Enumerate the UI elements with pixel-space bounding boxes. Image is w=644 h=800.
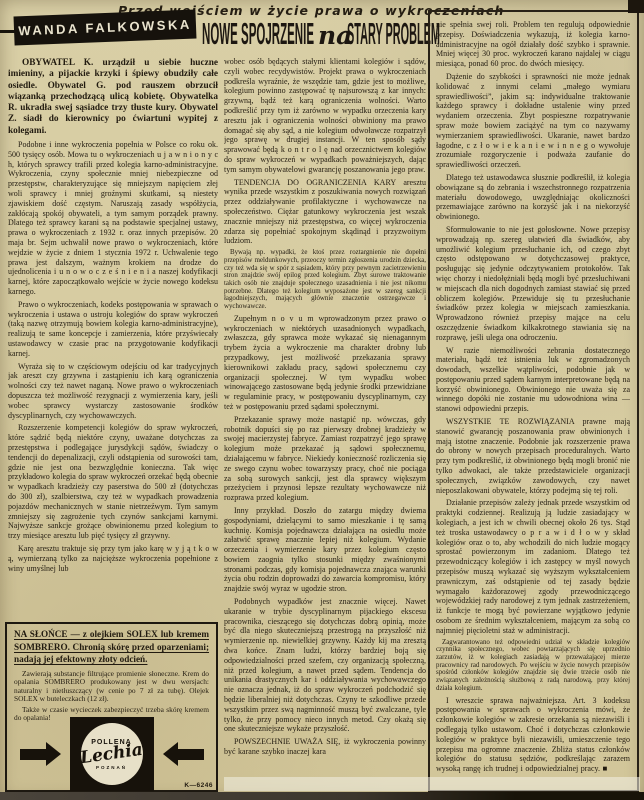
- paragraph: Podobne i inne wykroczenia popełnia w Po…: [8, 140, 218, 297]
- paragraph: Sformułowanie to nie jest gołosłowne. No…: [436, 225, 630, 343]
- paragraph: Dążenie do szybkości i sprawności nie mo…: [436, 72, 630, 170]
- paragraph: Zagwarantowano też odpowiedni udział w s…: [436, 639, 630, 693]
- paragraph: TENDENCJA DO OGRANICZENIA KARY aresztu w…: [224, 178, 426, 247]
- title-part-1: NOWE SPOJRZENIE: [202, 16, 314, 51]
- paragraph: W razie niemożliwości zebrania dostatecz…: [436, 346, 630, 415]
- paragraph: Przekazanie sprawy może nastąpić np. wów…: [224, 415, 426, 503]
- page-bottom-edge: [0, 792, 644, 800]
- paragraph: wobec osób będących stałymi klientami ko…: [224, 57, 426, 175]
- author-name: WANDA FALKOWSKA: [18, 17, 192, 39]
- paragraph: POWSZECHNIE UWAŻA SIĘ, iż wykroczenia po…: [224, 737, 426, 757]
- pollena-lechia-logo: POLLENA Lechia POZNAŃ: [70, 717, 154, 791]
- title-svg: NOWE SPOJRZENIE na STARY PROBLEM: [202, 15, 440, 53]
- paragraph: Dlatego też ustawodawca słusznie podkreś…: [436, 173, 630, 222]
- paragraph: Bywają np. wypadki, że ktoś przez roztar…: [224, 249, 426, 311]
- advertisement-box: NA SŁOŃCE — z olejkiem SOLEX lub kremem …: [5, 622, 218, 792]
- paragraph: nie spełnia swej roli. Problem ten regul…: [436, 20, 630, 69]
- column-3: nie spełnia swej roli. Problem ten regul…: [436, 20, 630, 780]
- column-1: OBYWATEL K. urządził u siebie huczne imi…: [8, 58, 218, 618]
- article-title: NOWE SPOJRZENIE na STARY PROBLEM: [202, 15, 440, 53]
- paragraph: Prawo o wykroczeniach, kodeks postępowan…: [8, 300, 218, 359]
- paragraph: I wreszcie sprawa najważniejsza. Art. 3 …: [436, 696, 630, 774]
- ad-body-1: Zawierają substancje filtrujące promieni…: [14, 670, 209, 704]
- paragraph: Rozszerzenie kompetencji kolegiów do spr…: [8, 423, 218, 541]
- ad-code: K—6246: [184, 782, 213, 789]
- title-part-2: STARY PROBLEM: [347, 16, 440, 51]
- column-2: wobec osób będących stałymi klientami ko…: [224, 57, 426, 775]
- newspaper-page: Przed wejściem w życie prawa o wykroczen…: [0, 0, 644, 800]
- paste-strip-artifact: [224, 777, 640, 791]
- paragraph: OBYWATEL K. urządził u siebie huczne imi…: [8, 58, 218, 137]
- logo-script-text: Lechia: [79, 739, 144, 768]
- arrow-right-icon: [20, 742, 61, 766]
- corner-smudge-artifact: [628, 0, 644, 13]
- paragraph: Inny przykład. Doszło do zatargu między …: [224, 506, 426, 594]
- author-box: WANDA FALKOWSKA: [14, 10, 197, 46]
- paragraph: Wyraża się to w częściowym odejściu od k…: [8, 362, 218, 421]
- ad-logo-row: POLLENA Lechia POZNAŃ: [7, 722, 216, 786]
- paragraph: Działanie przepisów zależy jednak przede…: [436, 498, 630, 635]
- paragraph: Karę aresztu traktuje się przy tym jako …: [8, 544, 218, 573]
- logo-circle: POLLENA Lechia POZNAŃ: [81, 723, 143, 785]
- paragraph: Podobnych wypadków jest znacznie więcej.…: [224, 597, 426, 734]
- column-3-box: nie spełnia swej roli. Problem ten regul…: [428, 10, 639, 792]
- paragraph: WSZYSTKIE TE ROZWIĄZANIA prawne mają sta…: [436, 417, 630, 495]
- ad-headline: NA SŁOŃCE — z olejkiem SOLEX lub kremem …: [14, 628, 209, 666]
- paragraph: Zupełnym n o v u m wprowadzonym przez pr…: [224, 314, 426, 412]
- arrow-left-icon: [163, 742, 204, 766]
